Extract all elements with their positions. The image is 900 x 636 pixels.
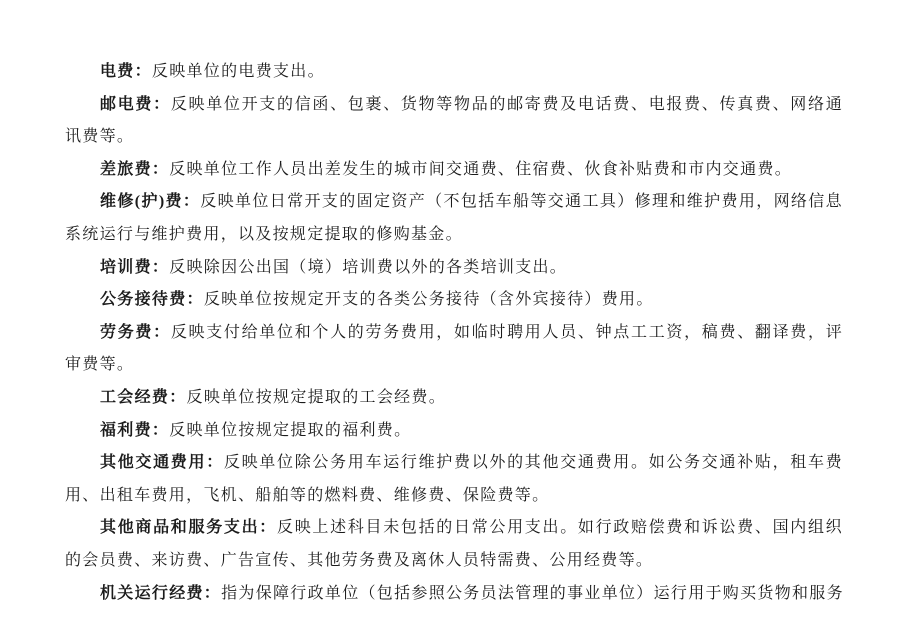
paragraph-union-funds: 工会经费：反映单位按规定提取的工会经费。 (65, 382, 843, 415)
term-definition: 反映支付给单位和个人的劳务费用，如临时聘用人员、钟点工工资，稿费、翻译费，评审费… (65, 324, 843, 374)
term-definition: 反映单位按规定提取的工会经费。 (187, 389, 447, 406)
paragraph-travel-fee: 差旅费：反映单位工作人员出差发生的城市间交通费、住宿费、伙食补贴费和市内交通费。 (65, 154, 843, 187)
term-definition: 反映单位工作人员出差发生的城市间交通费、住宿费、伙食补贴费和市内交通费。 (169, 161, 792, 178)
term-definition: 反映单位的电费支出。 (152, 63, 325, 80)
paragraph-welfare-fee: 福利费：反映单位按规定提取的福利费。 (65, 415, 843, 448)
term-label: 工会经费： (100, 389, 187, 406)
term-label: 差旅费： (100, 161, 169, 178)
term-definition: 反映单位按规定开支的各类公务接待（含外宾接待）费用。 (204, 291, 654, 308)
document-body: 电费：反映单位的电费支出。 邮电费：反映单位开支的信函、包裹、货物等物品的邮寄费… (65, 56, 843, 610)
term-label: 机关运行经费： (100, 585, 221, 602)
paragraph-agency-operating-funds: 机关运行经费：指为保障行政单位（包括参照公务员法管理的事业单位）运行用于购买货物… (65, 578, 843, 611)
term-definition: 反映单位开支的信函、包裹、货物等物品的邮寄费及电话费、电报费、传真费、网络通讯费… (65, 96, 843, 146)
term-definition: 反映除因公出国（境）培训费以外的各类培训支出。 (169, 259, 567, 276)
term-label: 劳务费： (100, 324, 171, 341)
term-label: 其他交通费用： (100, 454, 224, 471)
paragraph-other-goods-services: 其他商品和服务支出：反映上述科目未包括的日常公用支出。如行政赔偿费和诉讼费、国内… (65, 512, 843, 577)
document-page: 电费：反映单位的电费支出。 邮电费：反映单位开支的信函、包裹、货物等物品的邮寄费… (0, 0, 900, 636)
term-label: 邮电费： (100, 96, 171, 113)
paragraph-postal-fee: 邮电费：反映单位开支的信函、包裹、货物等物品的邮寄费及电话费、电报费、传真费、网… (65, 89, 843, 154)
term-label: 其他商品和服务支出： (100, 519, 277, 536)
paragraph-maintenance-fee: 维修(护)费：反映单位日常开支的固定资产（不包括车船等交通工具）修理和维护费用，… (65, 186, 843, 251)
paragraph-official-reception-fee: 公务接待费：反映单位按规定开支的各类公务接待（含外宾接待）费用。 (65, 284, 843, 317)
term-label: 公务接待费： (100, 291, 204, 308)
term-definition: 指为保障行政单位（包括参照公务员法管理的事业单位）运行用于购买货物和服务 (221, 585, 843, 602)
paragraph-training-fee: 培训费：反映除因公出国（境）培训费以外的各类培训支出。 (65, 252, 843, 285)
paragraph-electricity-fee: 电费：反映单位的电费支出。 (65, 56, 843, 89)
paragraph-labor-service-fee: 劳务费：反映支付给单位和个人的劳务费用，如临时聘用人员、钟点工工资，稿费、翻译费… (65, 317, 843, 382)
term-label: 培训费： (100, 259, 169, 276)
term-definition: 反映单位按规定提取的福利费。 (169, 422, 411, 439)
term-label: 福利费： (100, 422, 169, 439)
term-label: 维修(护)费： (100, 193, 200, 210)
paragraph-other-transport-fee: 其他交通费用：反映单位除公务用车运行维护费以外的其他交通费用。如公务交通补贴，租… (65, 447, 843, 512)
term-label: 电费： (100, 63, 152, 80)
